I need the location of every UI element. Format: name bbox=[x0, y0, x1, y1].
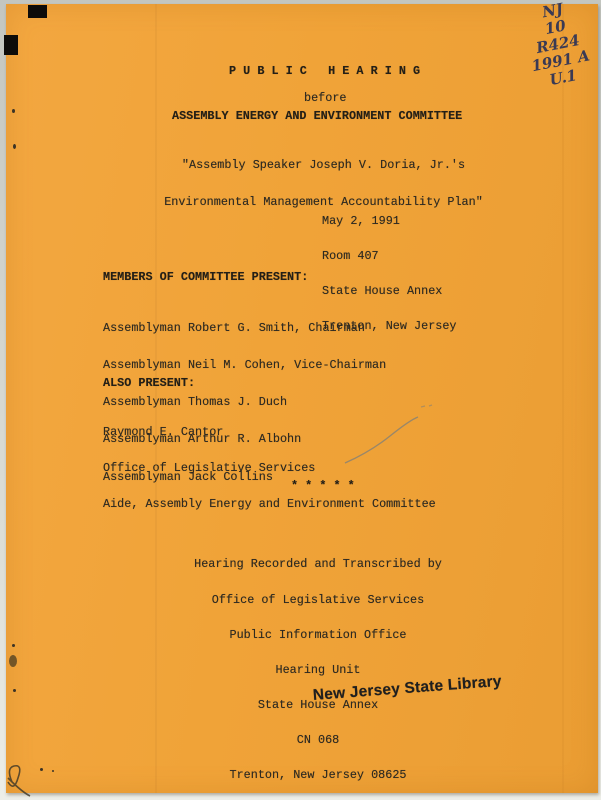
transcription-line: Office of Legislative Services bbox=[158, 595, 478, 607]
ink-speck bbox=[13, 144, 16, 149]
transcription-line: CN 068 bbox=[158, 735, 478, 747]
ink-speck bbox=[12, 109, 15, 113]
event-date: May 2, 1991 bbox=[322, 216, 457, 228]
ink-speck bbox=[52, 770, 54, 772]
event-venue: State House Annex bbox=[322, 286, 457, 298]
transcription-line: Public Information Office bbox=[158, 630, 478, 642]
transcription-line: Hearing Recorded and Transcribed by bbox=[158, 559, 478, 571]
page-title: P U B L I C H E A R I N G bbox=[229, 65, 420, 77]
paper-crease bbox=[562, 4, 564, 793]
ink-speck bbox=[13, 689, 16, 692]
also-present-item: Raymond E. Cantor bbox=[103, 426, 436, 438]
scanned-page: NJ 10 R424 1991 A U.1 P U B L I C H E A … bbox=[0, 0, 601, 800]
also-present-item: Office of Legislative Services bbox=[103, 462, 436, 474]
members-heading: MEMBERS OF COMMITTEE PRESENT: bbox=[103, 271, 308, 283]
before-label: before bbox=[304, 92, 346, 104]
member-item: Assemblyman Neil M. Cohen, Vice-Chairman bbox=[103, 359, 386, 371]
event-room: Room 407 bbox=[322, 251, 457, 263]
ink-speck bbox=[40, 768, 43, 771]
also-present-list: Raymond E. Cantor Office of Legislative … bbox=[103, 402, 436, 534]
transcription-line: Hearing Unit bbox=[158, 665, 478, 677]
also-present-item: Aide, Assembly Energy and Environment Co… bbox=[103, 498, 436, 510]
handwritten-call-number: NJ 10 R424 1991 A U.1 bbox=[516, 0, 600, 92]
subject-line: "Assembly Speaker Joseph V. Doria, Jr.'s bbox=[146, 159, 501, 171]
also-present-heading: ALSO PRESENT: bbox=[103, 377, 195, 389]
transcription-credits: Hearing Recorded and Transcribed by Offi… bbox=[158, 536, 478, 800]
star-separator: * * * * * bbox=[291, 480, 355, 492]
ink-speck bbox=[12, 644, 15, 647]
member-item: Assemblyman Robert G. Smith, Chairman bbox=[103, 322, 386, 334]
transcription-line: Trenton, New Jersey 08625 bbox=[158, 770, 478, 782]
committee-name: ASSEMBLY ENERGY AND ENVIRONMENT COMMITTE… bbox=[172, 110, 462, 122]
scan-artifact-block bbox=[4, 35, 18, 55]
scan-artifact-block bbox=[28, 5, 47, 18]
